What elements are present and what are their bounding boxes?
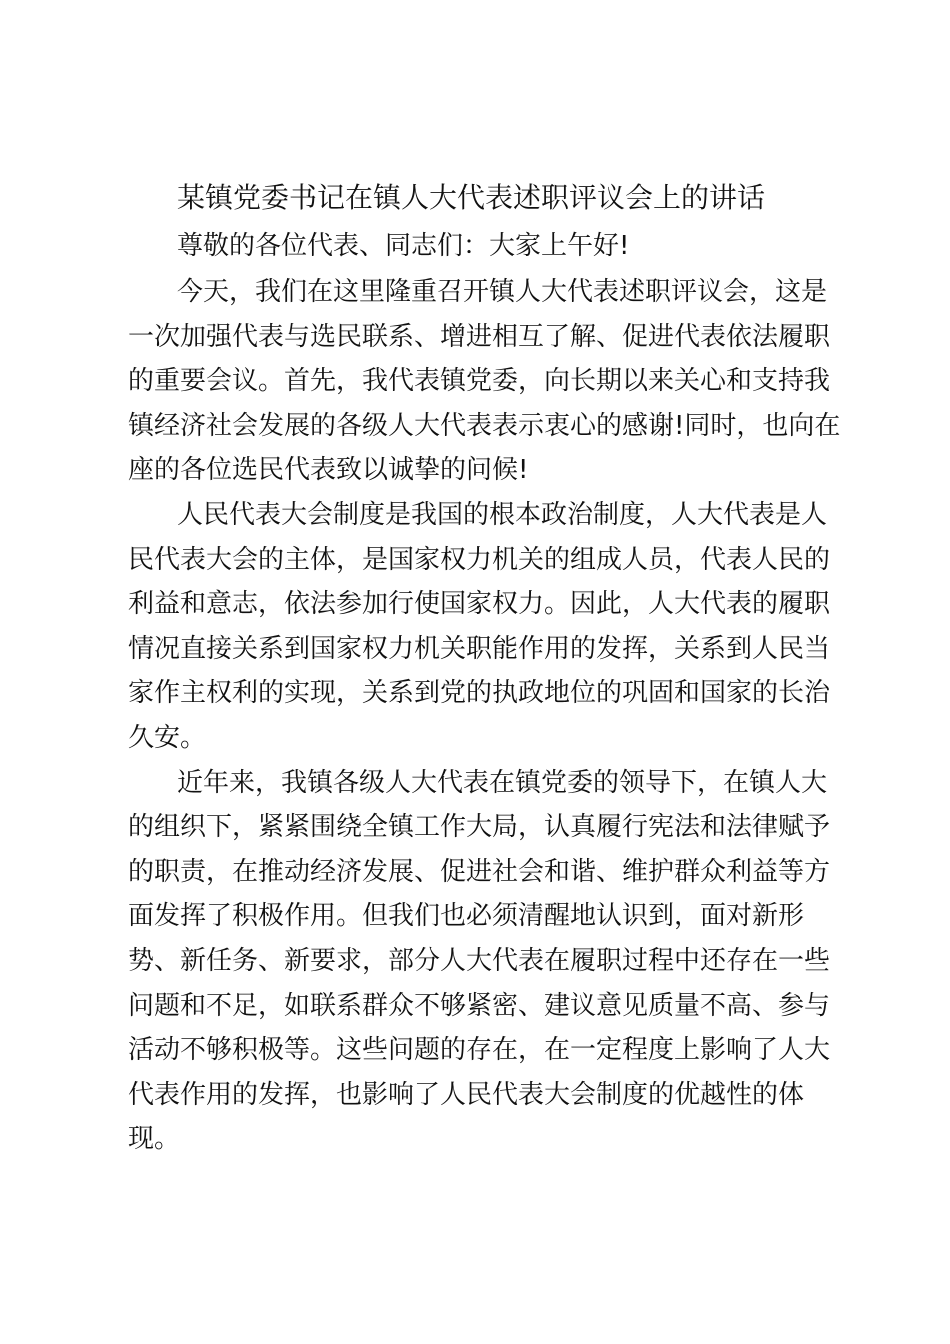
- paragraph-2-line-1: 人民代表大会制度是我国的根本政治制度，人大代表是人: [128, 493, 848, 538]
- greeting-line: 尊敬的各位代表、同志们：大家上午好!: [177, 226, 629, 266]
- paragraph-1-line-4: 镇经济社会发展的各级人大代表表示衷心的感谢!同时，也向在: [128, 404, 848, 449]
- paragraph-3-line-8: 代表作用的发挥，也影响了人民代表大会制度的优越性的体: [128, 1073, 848, 1118]
- paragraph-3-line-2: 的组织下，紧紧围绕全镇工作大局，认真履行宪法和法律赋予: [128, 805, 848, 850]
- paragraph-2-line-3: 利益和意志，依法参加行使国家权力。因此，人大代表的履职: [128, 582, 848, 627]
- paragraph-3-line-7: 活动不够积极等。这些问题的存在，在一定程度上影响了人大: [128, 1028, 848, 1073]
- paragraph-3-line-1: 近年来，我镇各级人大代表在镇党委的领导下，在镇人大: [128, 761, 848, 806]
- paragraph-3-line-3: 的职责，在推动经济发展、促进社会和谐、维护群众利益等方: [128, 850, 848, 895]
- document-body: 今天，我们在这里隆重召开镇人大代表述职评议会，这是 一次加强代表与选民联系、增进…: [128, 270, 848, 1162]
- paragraph-1-line-3: 的重要会议。首先，我代表镇党委，向长期以来关心和支持我: [128, 359, 848, 404]
- paragraph-3-line-4: 面发挥了积极作用。但我们也必须清醒地认识到，面对新形: [128, 894, 848, 939]
- document-page: 某镇党委书记在镇人大代表述职评议会上的讲话 尊敬的各位代表、同志们：大家上午好!…: [0, 0, 950, 1344]
- paragraph-3-line-5: 势、新任务、新要求，部分人大代表在履职过程中还存在一些: [128, 939, 848, 984]
- paragraph-3-line-6: 问题和不足，如联系群众不够紧密、建议意见质量不高、参与: [128, 984, 848, 1029]
- paragraph-3-line-9: 现。: [128, 1117, 848, 1162]
- paragraph-2-line-4: 情况直接关系到国家权力机关职能作用的发挥，关系到人民当: [128, 627, 848, 672]
- document-title: 某镇党委书记在镇人大代表述职评议会上的讲话: [177, 178, 765, 218]
- paragraph-1-line-5: 座的各位选民代表致以诚挚的问候!: [128, 448, 848, 493]
- paragraph-1-line-1: 今天，我们在这里隆重召开镇人大代表述职评议会，这是: [128, 270, 848, 315]
- paragraph-2-line-5: 家作主权利的实现，关系到党的执政地位的巩固和国家的长治: [128, 671, 848, 716]
- paragraph-2-line-2: 民代表大会的主体，是国家权力机关的组成人员，代表人民的: [128, 538, 848, 583]
- paragraph-2-line-6: 久安。: [128, 716, 848, 761]
- paragraph-1-line-2: 一次加强代表与选民联系、增进相互了解、促进代表依法履职: [128, 315, 848, 360]
